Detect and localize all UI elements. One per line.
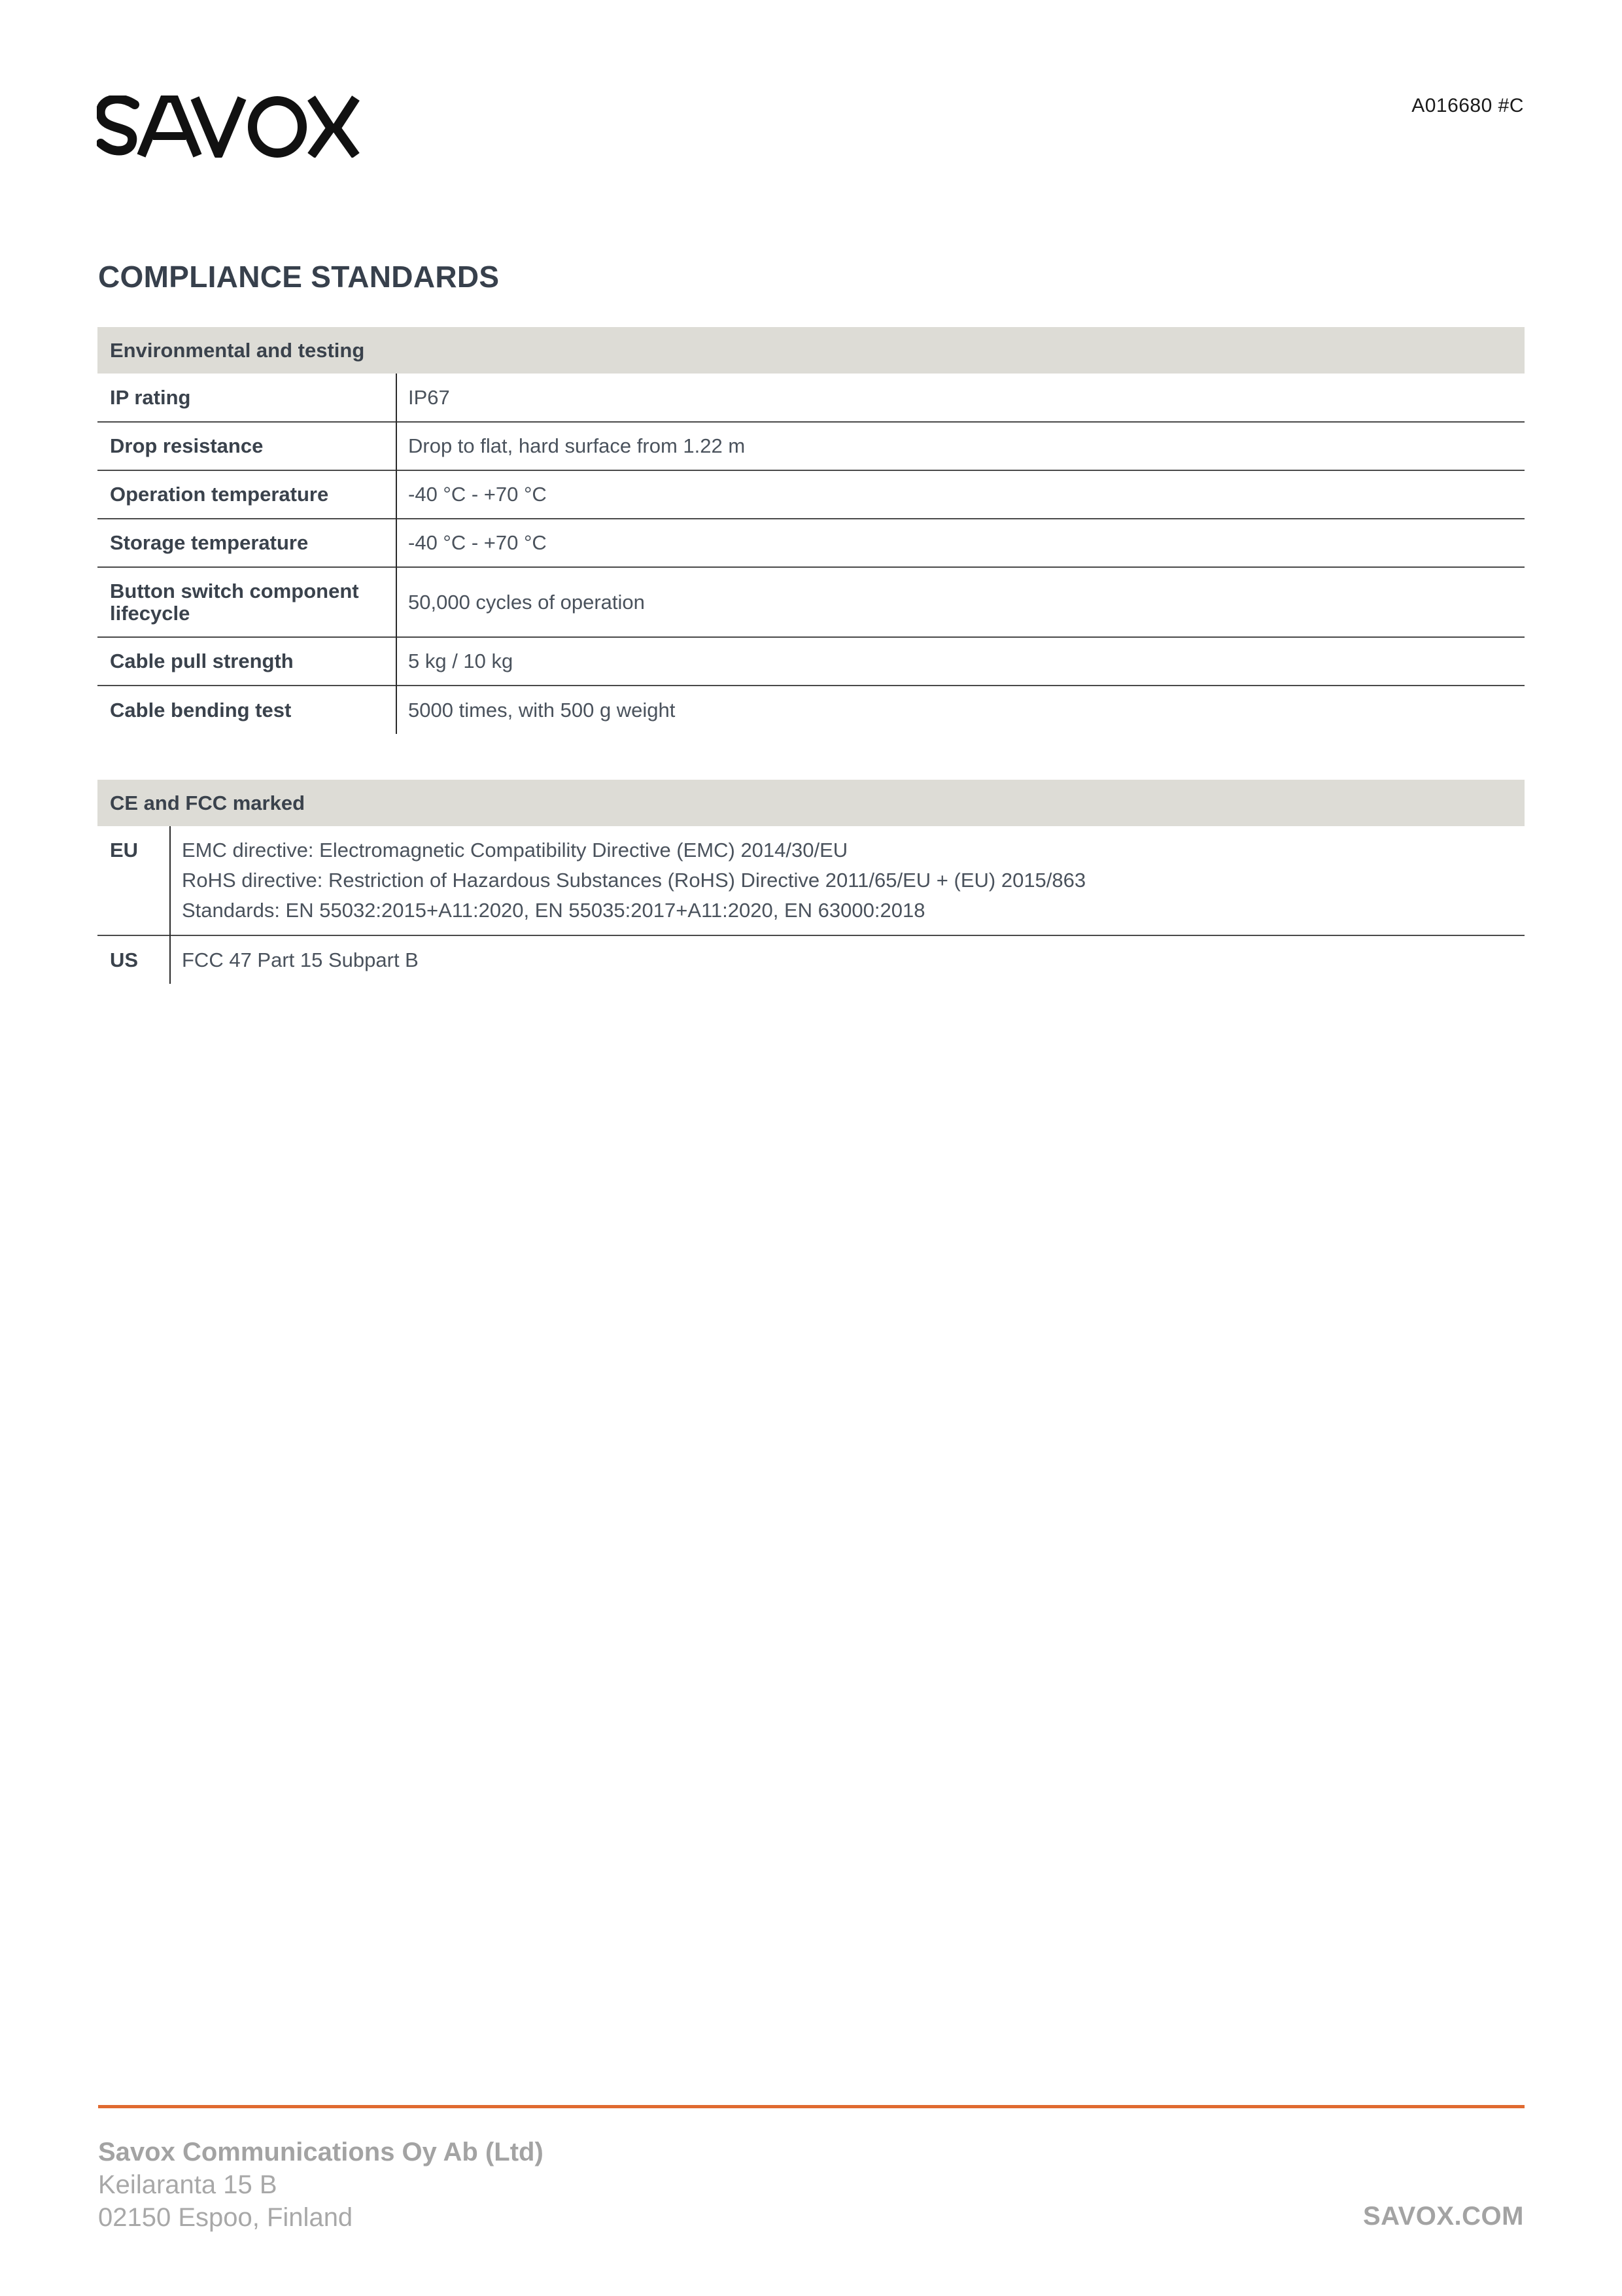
- table-section-header: Environmental and testing: [97, 327, 1525, 374]
- savox-logo: [97, 96, 398, 158]
- row-label: Cable bending test: [97, 686, 396, 734]
- footer-address-line1: Keilaranta 15 B: [98, 2170, 277, 2200]
- row-value: -40 °C - +70 °C: [396, 470, 1525, 519]
- row-value: FCC 47 Part 15 Subpart B: [170, 935, 1525, 984]
- rohs-directive: RoHS directive: Restriction of Hazardous…: [182, 865, 1513, 896]
- table-row: Button switch component lifecycle 50,000…: [97, 567, 1525, 637]
- table-row: Cable bending test 5000 times, with 500 …: [97, 686, 1525, 734]
- footer-address-line2: 02150 Espoo, Finland: [98, 2203, 353, 2233]
- row-value: -40 °C - +70 °C: [396, 519, 1525, 567]
- table-section-header: CE and FCC marked: [97, 780, 1525, 826]
- table-row: IP rating IP67: [97, 374, 1525, 422]
- row-label: US: [97, 935, 170, 984]
- table-row-eu: EU EMC directive: Electromagnetic Compat…: [97, 826, 1525, 935]
- section-title: CE and FCC marked: [97, 780, 1525, 826]
- row-label: Operation temperature: [97, 470, 396, 519]
- document-id: A016680 #C: [1411, 95, 1524, 117]
- row-label: IP rating: [97, 374, 396, 422]
- table-row: Cable pull strength 5 kg / 10 kg: [97, 637, 1525, 686]
- table-row-us: US FCC 47 Part 15 Subpart B: [97, 935, 1525, 984]
- table-row: Drop resistance Drop to flat, hard surfa…: [97, 422, 1525, 470]
- table-row: Storage temperature -40 °C - +70 °C: [97, 519, 1525, 567]
- row-label: EU: [97, 826, 170, 935]
- ce-fcc-table: CE and FCC marked EU EMC directive: Elec…: [97, 780, 1525, 984]
- row-label: Drop resistance: [97, 422, 396, 470]
- footer-divider: [98, 2105, 1525, 2108]
- row-label: Storage temperature: [97, 519, 396, 567]
- section-title: Environmental and testing: [97, 327, 1525, 374]
- standards: Standards: EN 55032:2015+A11:2020, EN 55…: [182, 896, 1513, 926]
- row-value: 5000 times, with 500 g weight: [396, 686, 1525, 734]
- footer-website: SAVOX.COM: [1363, 2202, 1524, 2231]
- row-value: 5 kg / 10 kg: [396, 637, 1525, 686]
- row-value: EMC directive: Electromagnetic Compatibi…: [170, 826, 1525, 935]
- emc-directive: EMC directive: Electromagnetic Compatibi…: [182, 835, 1513, 865]
- environmental-testing-table: Environmental and testing IP rating IP67…: [97, 327, 1525, 734]
- row-value: Drop to flat, hard surface from 1.22 m: [396, 422, 1525, 470]
- table-row: Operation temperature -40 °C - +70 °C: [97, 470, 1525, 519]
- page-title: COMPLIANCE STANDARDS: [98, 259, 499, 294]
- row-label: Cable pull strength: [97, 637, 396, 686]
- footer-company-name: Savox Communications Oy Ab (Ltd): [98, 2138, 544, 2167]
- row-value: IP67: [396, 374, 1525, 422]
- row-label: Button switch component lifecycle: [97, 567, 396, 637]
- row-value: 50,000 cycles of operation: [396, 567, 1525, 637]
